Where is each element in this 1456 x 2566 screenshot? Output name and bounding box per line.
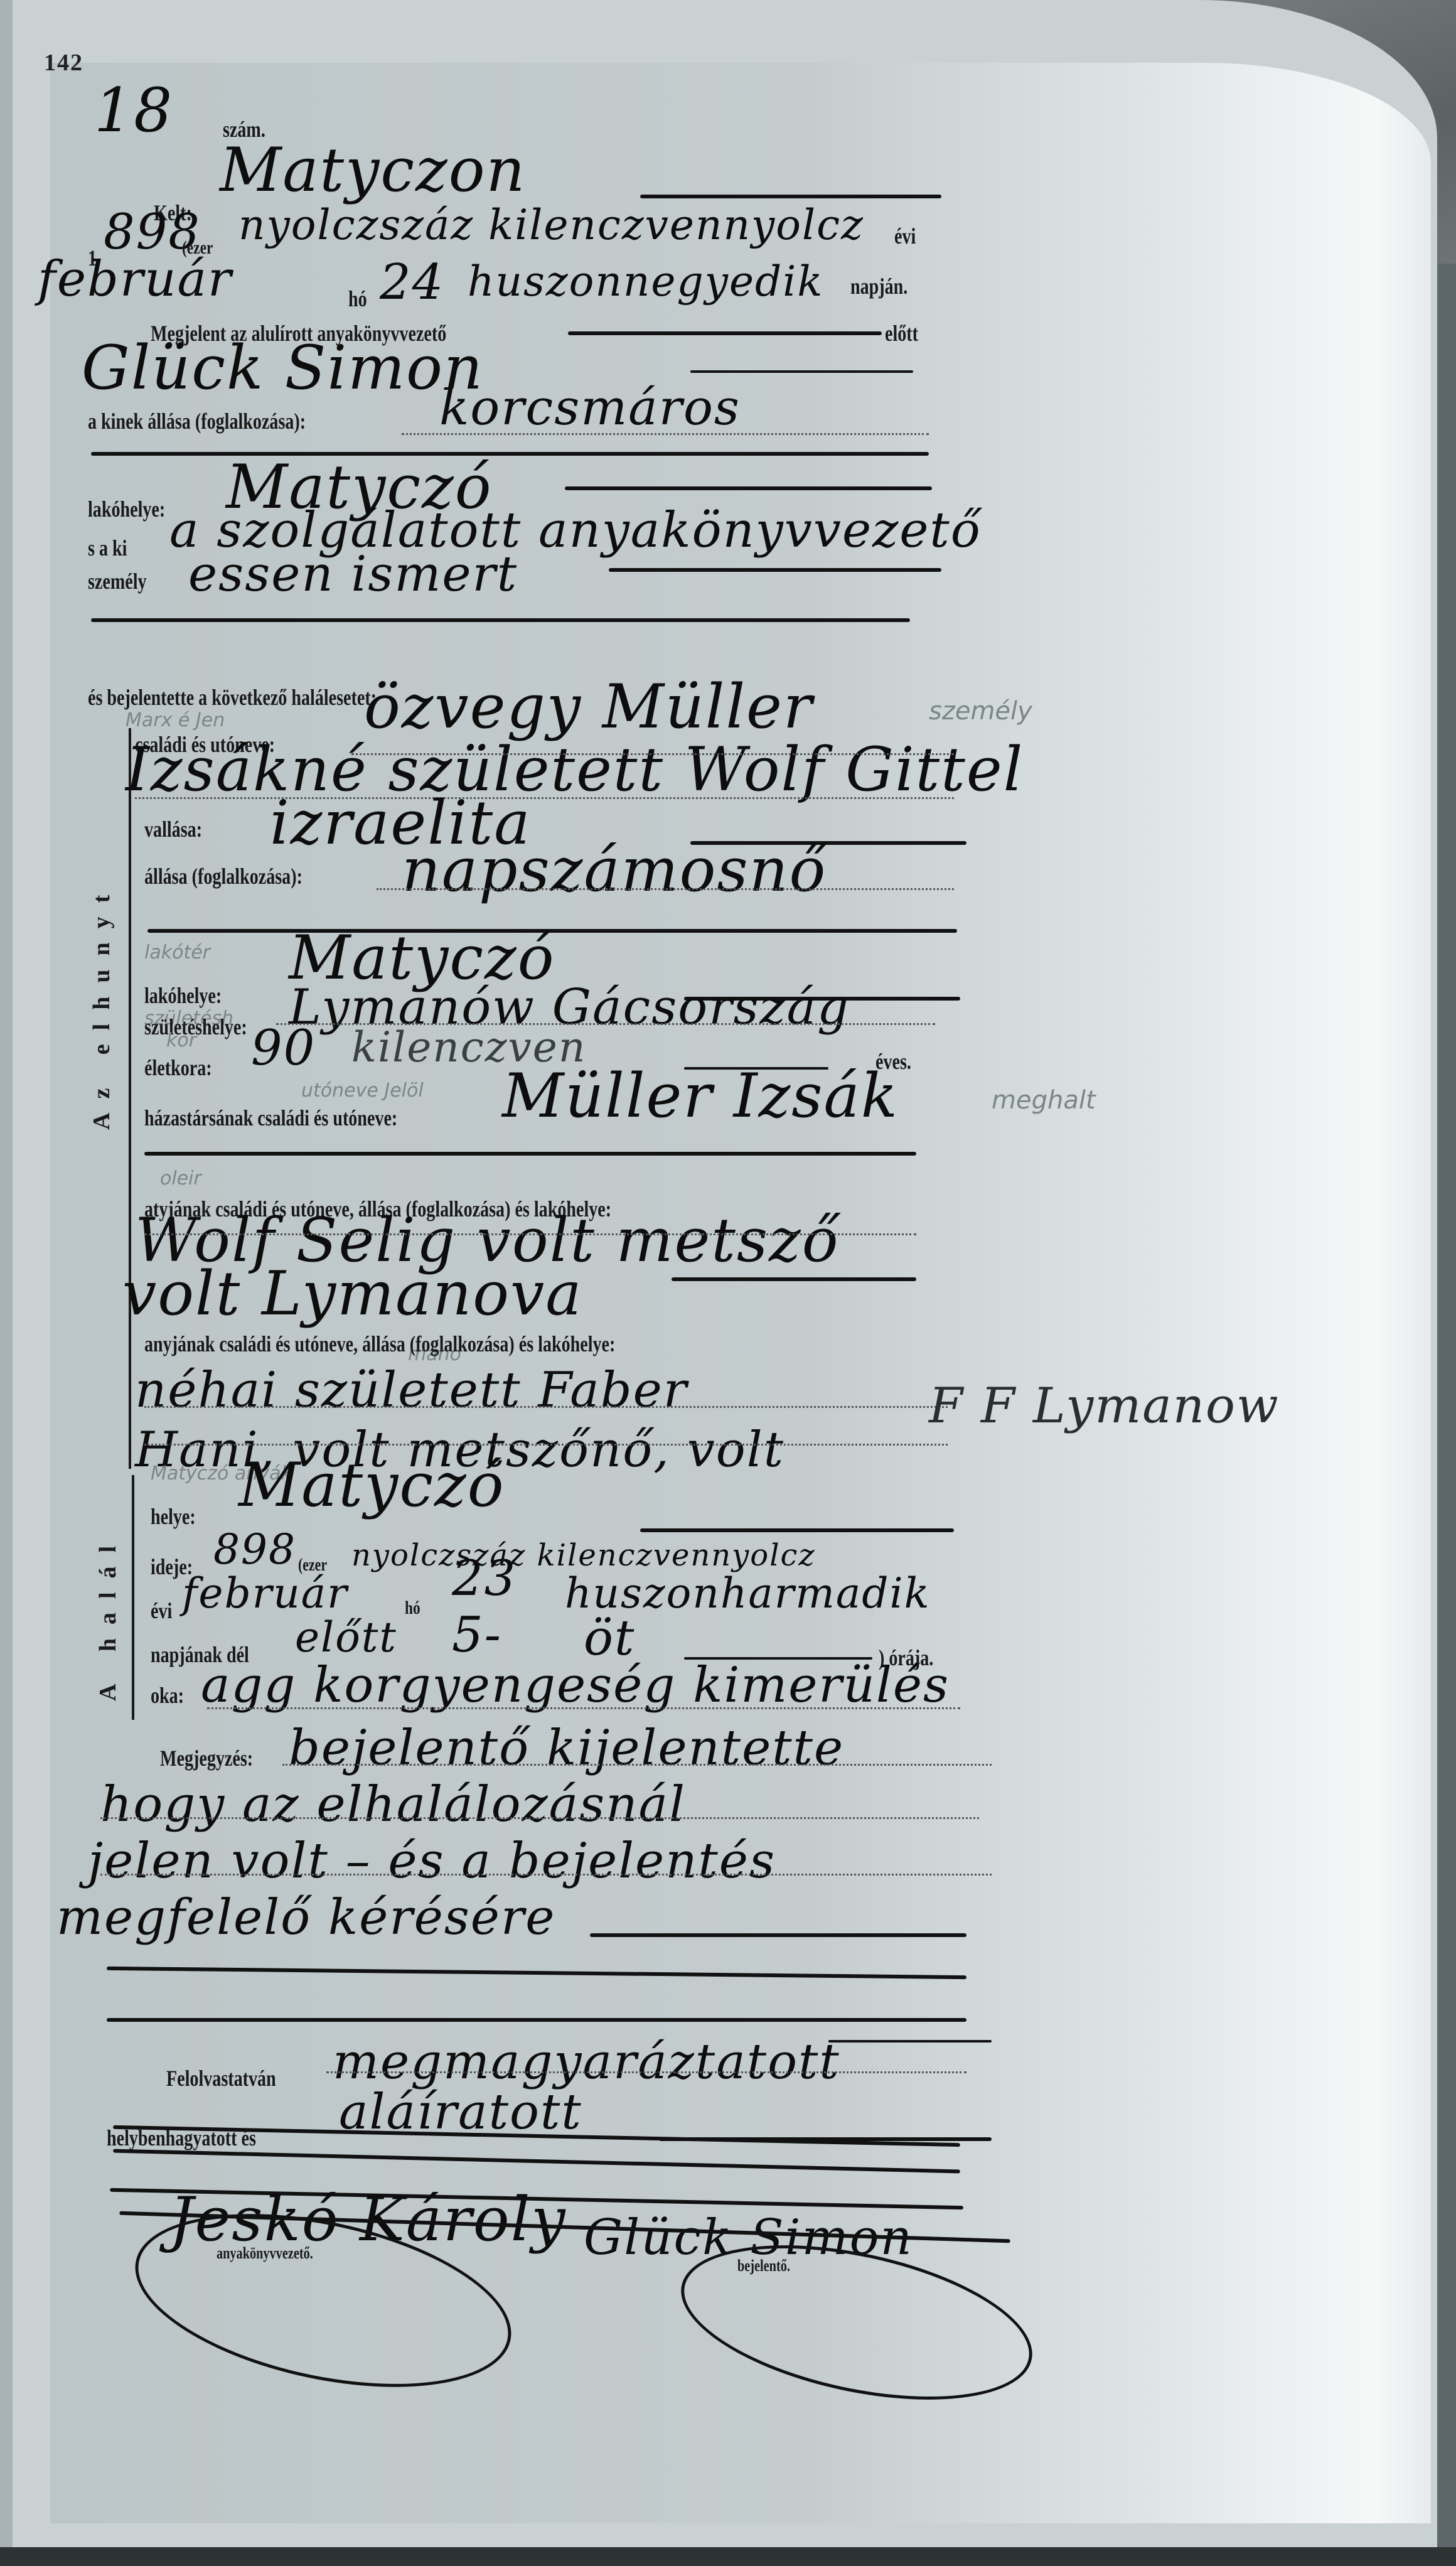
szemely-text: essen ismert bbox=[188, 546, 518, 603]
mother-label: anyjának családi és utóneve, állása (fog… bbox=[144, 1331, 615, 1357]
bracket-line bbox=[129, 728, 131, 1469]
rule bbox=[609, 568, 941, 572]
deceased-residence-label: lakóhelye: bbox=[144, 982, 222, 1009]
deceased-name-line1: özvegy Müller bbox=[364, 672, 813, 742]
death-year-words: nyolczszáz kilenczvennyolcz bbox=[351, 1538, 816, 1573]
rule bbox=[672, 1277, 916, 1281]
death-place: Matyczó bbox=[238, 1450, 505, 1520]
rule bbox=[590, 1933, 966, 1937]
rule bbox=[640, 1528, 954, 1532]
pencil-note: meghalt bbox=[992, 1086, 1096, 1115]
book-binding-edge bbox=[0, 0, 13, 2566]
ski-label: s a ki bbox=[88, 535, 127, 561]
record-number: 18 bbox=[94, 75, 173, 146]
deceased-name-line2: Izsákné született Wolf Gittel bbox=[126, 734, 1024, 805]
kelt-place: Matyczon bbox=[220, 135, 526, 205]
pencil-note: lakótér bbox=[144, 942, 210, 964]
felolvastatvan-text: megmagyaráztatott bbox=[333, 2034, 840, 2090]
dotted-line bbox=[144, 1233, 916, 1235]
notes-line2: hogy az elhalálozásnál bbox=[100, 1776, 686, 1833]
age-label: életkora: bbox=[144, 1055, 212, 1081]
dotted-line bbox=[100, 1817, 979, 1819]
deceased-section-label: és bejelentette a következő halálesetet: bbox=[88, 684, 377, 711]
death-day: 23 bbox=[452, 1550, 517, 1607]
age-number: 90 bbox=[251, 1020, 316, 1076]
death-ho-label: hó bbox=[405, 1597, 420, 1619]
rule bbox=[91, 452, 929, 456]
felolvastatvan-label: Felolvastatván bbox=[166, 2065, 276, 2091]
pencil-note: személy bbox=[929, 697, 1032, 726]
rule bbox=[144, 1152, 916, 1156]
death-hour-number: 5- bbox=[452, 1607, 502, 1663]
death-side-label: A halál bbox=[94, 1532, 122, 1701]
dotted-line bbox=[144, 1444, 948, 1446]
pencil-note: utóneve Jelöl bbox=[301, 1080, 424, 1102]
rule bbox=[568, 331, 882, 335]
religion-label: vallása: bbox=[144, 816, 202, 842]
rule bbox=[640, 195, 941, 198]
deceased-side-label: Az elhunyt bbox=[88, 881, 115, 1130]
notes-label: Megjegyzés: bbox=[160, 1745, 253, 1771]
year-words: nyolczszáz kilenczvennyolcz bbox=[238, 201, 864, 249]
notes-line1: bejelentő kijelentette bbox=[289, 1720, 844, 1776]
spouse-label: házastársának családi és utóneve: bbox=[144, 1105, 397, 1131]
declarant-name: Glück Simon bbox=[82, 333, 484, 403]
rule bbox=[107, 2018, 966, 2022]
day: 24 bbox=[380, 254, 444, 311]
declarant-occupation: korcsmáros bbox=[439, 380, 741, 436]
death-place-label: helye: bbox=[151, 1503, 196, 1530]
cause: agg korgyengeség kimerülés bbox=[201, 1657, 950, 1714]
rule bbox=[91, 618, 910, 622]
rule bbox=[565, 486, 932, 490]
dotted-line bbox=[402, 433, 929, 435]
pencil-note: oleir bbox=[160, 1168, 201, 1189]
declarant-residence-label: lakóhelye: bbox=[88, 496, 165, 522]
dotted-line bbox=[207, 1707, 960, 1709]
father-line2: volt Lymanova bbox=[122, 1259, 582, 1329]
ho-label: hó bbox=[348, 286, 367, 312]
cause-label: oka: bbox=[151, 1682, 184, 1709]
page-number: 142 bbox=[44, 49, 83, 77]
rule bbox=[690, 370, 913, 373]
dotted-line bbox=[282, 1764, 992, 1766]
mother-margin-note: F F Lymanow bbox=[929, 1378, 1280, 1434]
rule bbox=[828, 2040, 992, 2043]
dotted-line bbox=[351, 753, 954, 755]
evi-label: évi bbox=[894, 223, 916, 249]
deceased-occupation-label: állása (foglalkozása): bbox=[144, 863, 302, 889]
death-month: február bbox=[182, 1569, 348, 1618]
notes-line4: megfelelő kérésére bbox=[56, 1889, 555, 1946]
death-evi-label: évi bbox=[151, 1597, 172, 1624]
death-year-value: 898 bbox=[213, 1525, 296, 1574]
szemely-label: személy bbox=[88, 568, 147, 594]
dotted-line bbox=[100, 1874, 992, 1876]
pencil-note: Marx é Jen bbox=[126, 709, 225, 731]
del-words: előtt bbox=[295, 1613, 397, 1661]
elott-label: előtt bbox=[885, 320, 918, 346]
mother-line1: néhai született Faber bbox=[135, 1362, 688, 1419]
day-words: huszonnegyedik bbox=[468, 257, 823, 306]
pencil-note: kor bbox=[166, 1029, 196, 1051]
napjan-label: napján. bbox=[850, 273, 907, 299]
dotted-line bbox=[144, 1406, 948, 1408]
declarant-occupation-label: a kinek állása (foglalkozása): bbox=[88, 408, 306, 434]
deceased-occupation: napszámosnő bbox=[402, 835, 827, 905]
dotted-line bbox=[135, 797, 954, 799]
spouse-name: Müller Izsák bbox=[502, 1061, 899, 1131]
dotted-line bbox=[326, 2071, 966, 2073]
month: február bbox=[38, 251, 232, 308]
book-bottom-edge bbox=[0, 2547, 1456, 2566]
notes-line3: jelen volt – és a bejelentés bbox=[88, 1833, 776, 1889]
dotted-line bbox=[377, 888, 954, 890]
bracket-line bbox=[132, 1475, 134, 1720]
